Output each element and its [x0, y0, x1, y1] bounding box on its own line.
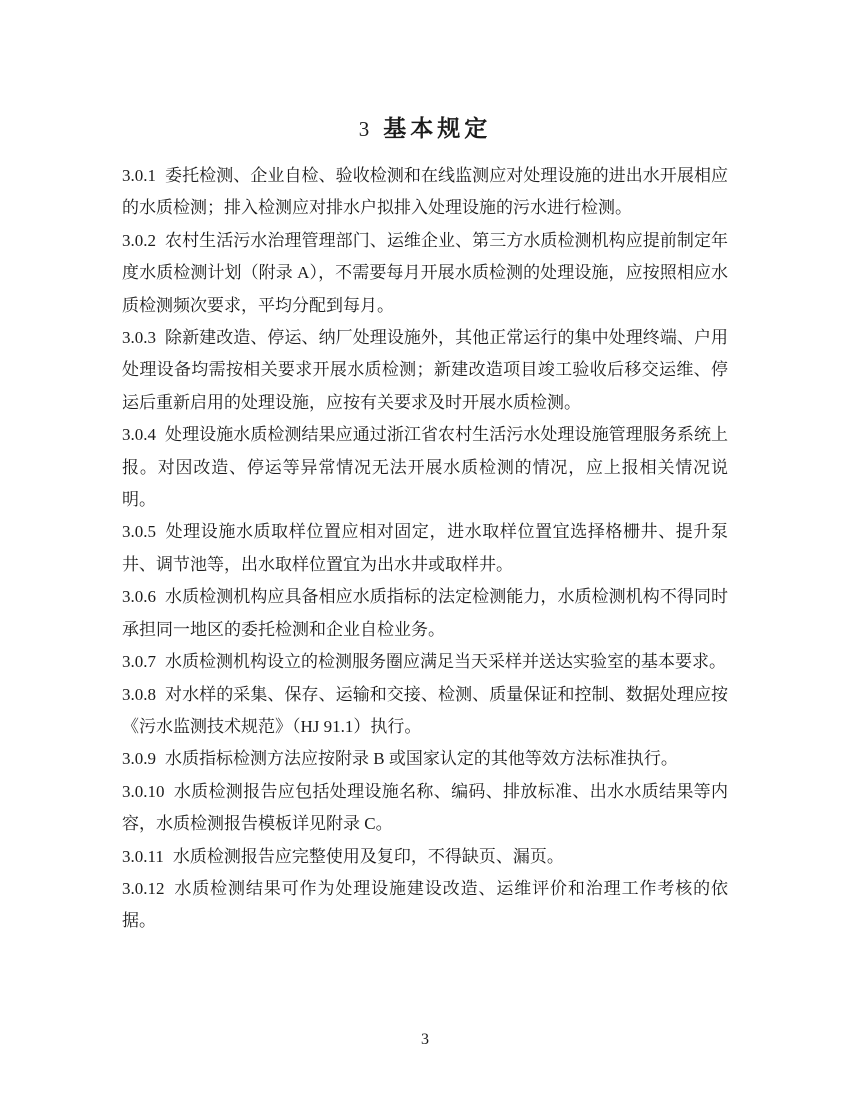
clause-3-0-9: 3.0.9水质指标检测方法应按附录 B 或国家认定的其他等效方法标准执行。 — [122, 743, 728, 775]
clause-number: 3.0.4 — [122, 425, 156, 444]
clause-text: 农村生活污水治理管理部门、运维企业、第三方水质检测机构应提前制定年度水质检测计划… — [122, 231, 728, 315]
page-number: 3 — [0, 1031, 850, 1049]
clause-3-0-10: 3.0.10水质检测报告应包括处理设施名称、编码、排放标准、出水水质结果等内容，… — [122, 776, 728, 841]
clause-number: 3.0.6 — [122, 587, 156, 606]
clause-number: 3.0.11 — [122, 847, 164, 866]
clause-number: 3.0.10 — [122, 782, 165, 801]
clause-text: 水质检测报告应完整使用及复印，不得缺页、漏页。 — [173, 847, 564, 866]
clause-text: 水质检测报告应包括处理设施名称、编码、排放标准、出水水质结果等内容，水质检测报告… — [122, 782, 728, 833]
clause-number: 3.0.1 — [122, 166, 156, 185]
clause-text: 水质检测结果可作为处理设施建设改造、运维评价和治理工作考核的依据。 — [122, 879, 728, 930]
clause-text: 处理设施水质检测结果应通过浙江省农村生活污水处理设施管理服务系统上报。对因改造、… — [122, 425, 728, 509]
clause-text: 处理设施水质取样位置应相对固定，进水取样位置宜选择格栅井、提升泵井、调节池等，出… — [122, 522, 728, 573]
clause-number: 3.0.5 — [122, 522, 156, 541]
clause-3-0-7: 3.0.7水质检测机构设立的检测服务圈应满足当天采样并送达实验室的基本要求。 — [122, 646, 728, 678]
clause-number: 3.0.2 — [122, 231, 156, 250]
clause-3-0-11: 3.0.11水质检测报告应完整使用及复印，不得缺页、漏页。 — [122, 841, 728, 873]
clause-3-0-3: 3.0.3除新建改造、停运、纳厂处理设施外，其他正常运行的集中处理终端、户用处理… — [122, 322, 728, 419]
clause-text: 对水样的采集、保存、运输和交接、检测、质量保证和控制、数据处理应按《污水监测技术… — [122, 685, 728, 736]
clause-text: 委托检测、企业自检、验收检测和在线监测应对处理设施的进出水开展相应的水质检测；排… — [122, 166, 728, 217]
section-title-number: 3 — [359, 117, 370, 141]
clause-number: 3.0.3 — [122, 328, 156, 347]
clause-number: 3.0.8 — [122, 685, 156, 704]
section-title-text: 基本规定 — [383, 115, 491, 141]
clause-3-0-2: 3.0.2农村生活污水治理管理部门、运维企业、第三方水质检测机构应提前制定年度水… — [122, 225, 728, 322]
clause-text: 水质检测机构应具备相应水质指标的法定检测能力，水质检测机构不得同时承担同一地区的… — [122, 587, 728, 638]
clause-number: 3.0.9 — [122, 749, 156, 768]
clause-text: 除新建改造、停运、纳厂处理设施外，其他正常运行的集中处理终端、户用处理设备均需按… — [122, 328, 728, 412]
clause-3-0-5: 3.0.5处理设施水质取样位置应相对固定，进水取样位置宜选择格栅井、提升泵井、调… — [122, 516, 728, 581]
document-page: 3基本规定 3.0.1委托检测、企业自检、验收检测和在线监测应对处理设施的进出水… — [0, 0, 850, 1100]
clause-text: 水质指标检测方法应按附录 B 或国家认定的其他等效方法标准执行。 — [165, 749, 678, 768]
clause-3-0-6: 3.0.6水质检测机构应具备相应水质指标的法定检测能力，水质检测机构不得同时承担… — [122, 581, 728, 646]
clause-number: 3.0.7 — [122, 652, 156, 671]
clause-3-0-12: 3.0.12水质检测结果可作为处理设施建设改造、运维评价和治理工作考核的依据。 — [122, 873, 728, 938]
clause-3-0-8: 3.0.8对水样的采集、保存、运输和交接、检测、质量保证和控制、数据处理应按《污… — [122, 679, 728, 744]
clause-3-0-1: 3.0.1委托检测、企业自检、验收检测和在线监测应对处理设施的进出水开展相应的水… — [122, 160, 728, 225]
document-body: 3.0.1委托检测、企业自检、验收检测和在线监测应对处理设施的进出水开展相应的水… — [122, 160, 728, 938]
clause-3-0-4: 3.0.4处理设施水质检测结果应通过浙江省农村生活污水处理设施管理服务系统上报。… — [122, 419, 728, 516]
clause-number: 3.0.12 — [122, 879, 165, 898]
clause-text: 水质检测机构设立的检测服务圈应满足当天采样并送达实验室的基本要求。 — [165, 652, 726, 671]
section-title: 3基本规定 — [0, 110, 850, 143]
